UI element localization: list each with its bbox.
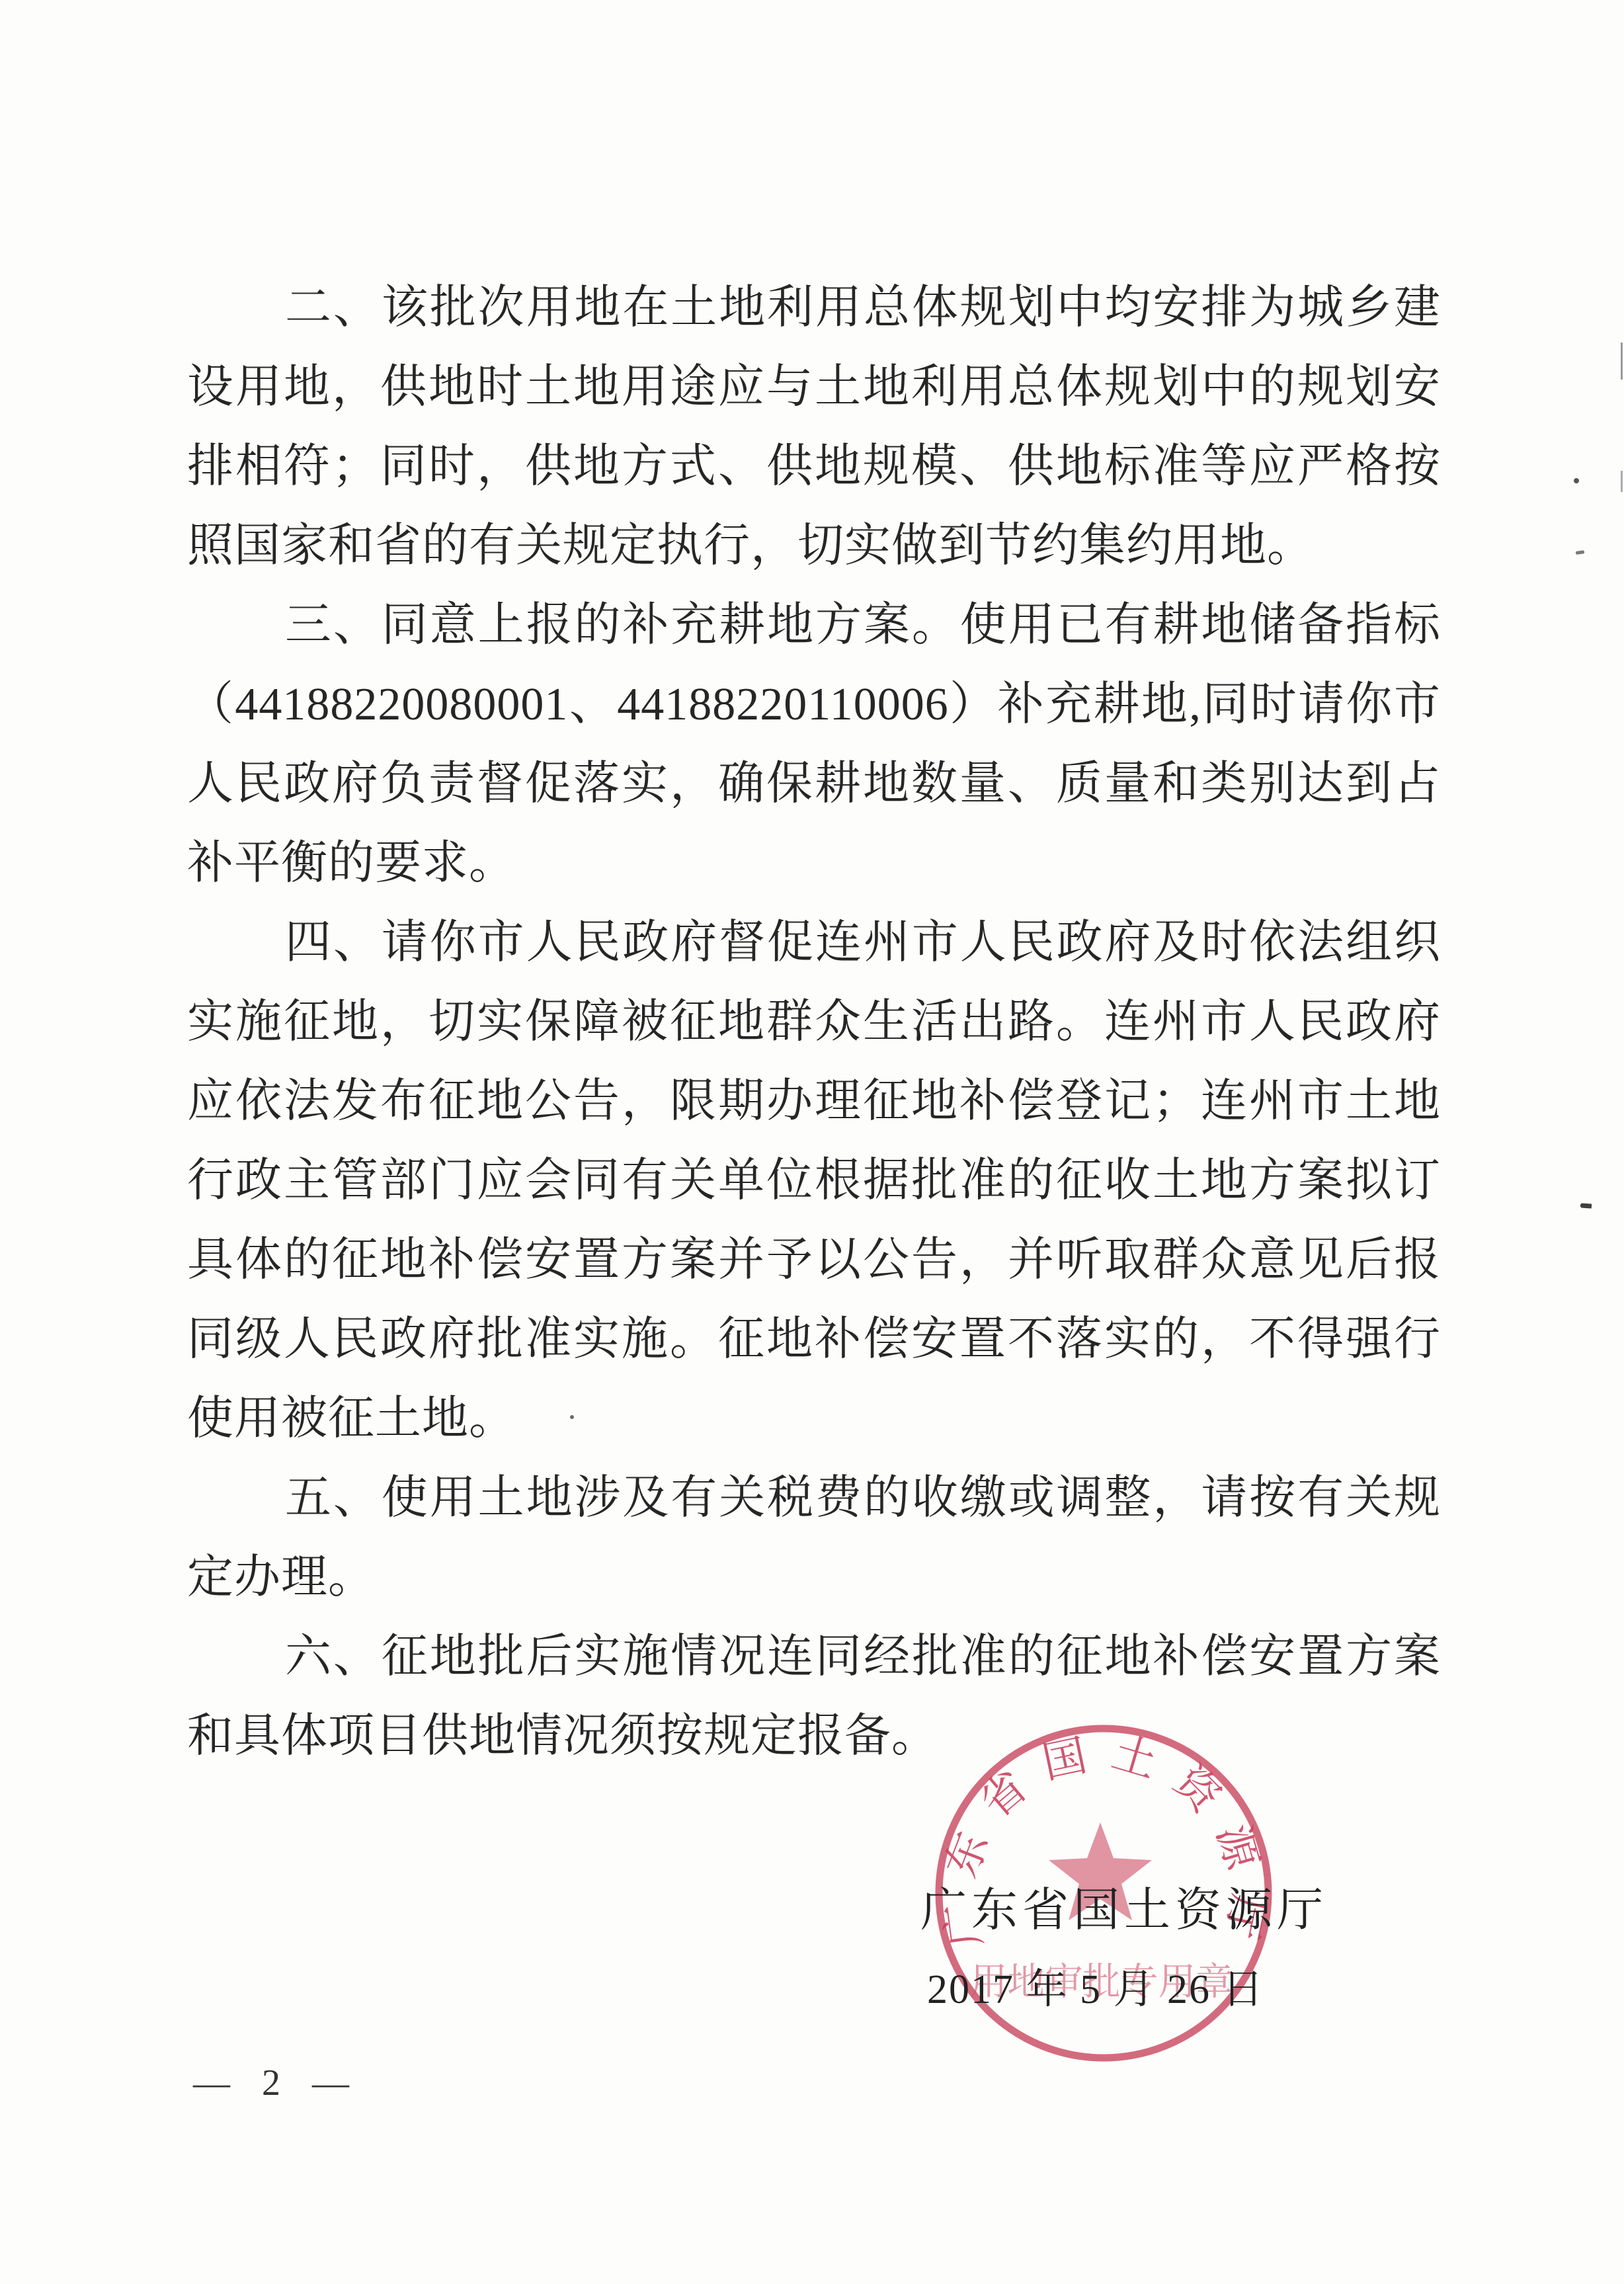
scan-speck — [1580, 1203, 1592, 1208]
scan-edge-line — [1621, 471, 1623, 492]
body-line: （44188220080001、44188220110006）补充耕地,同时请你… — [187, 665, 1441, 745]
body-line: 照国家和省的有关规定执行，切实做到节约集约用地。 — [187, 507, 1441, 586]
page-number: — 2 — — [193, 2062, 352, 2104]
body-line: 补平衡的要求。 — [187, 824, 1441, 903]
body-line: 定办理。 — [187, 1538, 1441, 1617]
scan-edge-line — [1621, 343, 1623, 380]
signature-org: 广东省国土资源厅 — [920, 1873, 1328, 1939]
body-line: 行政主管部门应会同有关单位根据批准的征收土地方案拟订 — [187, 1141, 1441, 1221]
body-text: 二、该批次用地在土地利用总体规划中均安排为城乡建 设用地，供地时土地用途应与土地… — [187, 268, 1441, 1776]
body-line: 六、征地批后实施情况连同经批准的征地补偿安置方案 — [187, 1617, 1441, 1697]
document-page: 二、该批次用地在土地利用总体规划中均安排为城乡建 设用地，供地时土地用途应与土地… — [0, 0, 1624, 2284]
body-line: 人民政府负责督促落实，确保耕地数量、质量和类别达到占 — [187, 745, 1441, 824]
body-line: 二、该批次用地在土地利用总体规划中均安排为城乡建 — [187, 268, 1441, 348]
body-line: 排相符；同时，供地方式、供地规模、供地标准等应严格按 — [187, 427, 1441, 507]
body-line: 同级人民政府批准实施。征地补偿安置不落实的，不得强行 — [187, 1300, 1441, 1379]
body-line: 五、使用土地涉及有关税费的收缴或调整，请按有关规 — [187, 1459, 1441, 1538]
signature-date: 2017 年 5 月 26 日 — [927, 1956, 1265, 2015]
scan-speck — [1576, 550, 1585, 555]
scan-speck — [570, 1415, 574, 1419]
scan-speck — [1574, 478, 1579, 483]
body-line: 设用地，供地时土地用途应与土地利用总体规划中的规划安 — [187, 348, 1441, 427]
body-line: 三、同意上报的补充耕地方案。使用已有耕地储备指标 — [187, 586, 1441, 665]
body-line: 应依法发布征地公告，限期办理征地补偿登记；连州市土地 — [187, 1062, 1441, 1141]
body-line: 四、请你市人民政府督促连州市人民政府及时依法组织 — [187, 903, 1441, 983]
body-line: 使用被征土地。 — [187, 1379, 1441, 1459]
body-line: 实施征地，切实保障被征地群众生活出路。连州市人民政府 — [187, 983, 1441, 1062]
body-line: 具体的征地补偿安置方案并予以公告，并听取群众意见后报 — [187, 1221, 1441, 1300]
